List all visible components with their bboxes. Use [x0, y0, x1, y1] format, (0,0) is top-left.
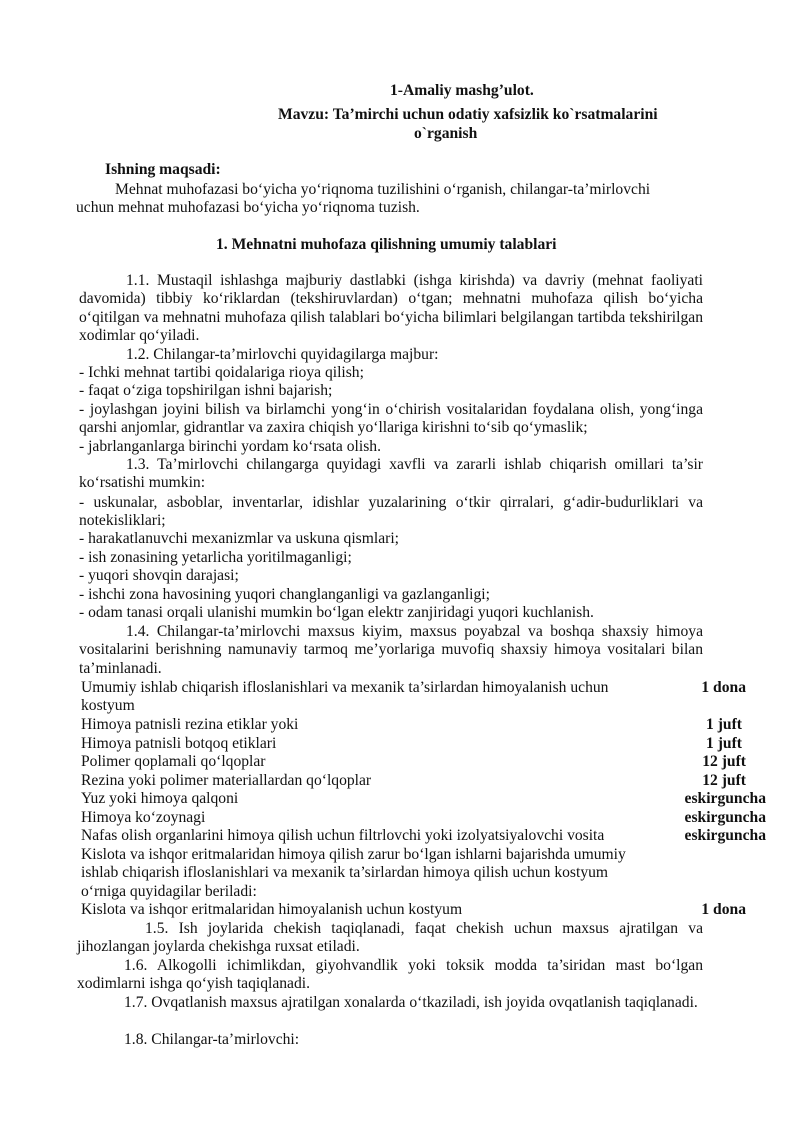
hazard-item: - ishchi zona havosining yuqori changlan… — [79, 586, 490, 604]
ppe-name: Himoya patnisli botqoq etiklari — [81, 735, 661, 753]
ppe-qty: 12 juft — [702, 772, 746, 790]
paragraph-1-8: 1.8. Chilangar-ta’mirlovchi: — [124, 1031, 299, 1049]
ppe-qty: eskirguncha — [685, 790, 766, 808]
hazard-item: - uskunalar, asboblar, inventarlar, idis… — [79, 494, 703, 531]
goal-text-line1: Mehnat muhofazasi bo‘yicha yo‘riqnoma tu… — [115, 181, 650, 199]
topic-title-line1: Mavzu: Ta’mirchi uchun odatiy xafsizlik … — [278, 106, 658, 124]
section-title: 1. Mehnatni muhofaza qilishning umumiy t… — [216, 236, 557, 254]
ppe-name: Nafas olish organlarini himoya qilish uc… — [81, 827, 661, 845]
ppe-qty: eskirguncha — [685, 809, 766, 827]
duty-item: - faqat o‘ziga topshirilgan ishni bajari… — [79, 382, 332, 400]
paragraph-1-4: 1.4. Chilangar-ta’mirlovchi maxsus kiyim… — [79, 623, 703, 678]
topic-title-line2: o`rganish — [414, 125, 477, 143]
ppe-name: Himoya patnisli rezina etiklar yoki — [81, 716, 661, 734]
acid-note: Kislota va ishqor eritmalaridan himoya q… — [81, 846, 651, 901]
ppe-qty: 12 juft — [702, 753, 746, 771]
paragraph-1-2: 1.2. Chilangar-ta’mirlovchi quyidagilarg… — [79, 346, 703, 364]
ppe-qty: 1 juft — [706, 735, 742, 753]
ppe-name: Kislota va ishqor eritmalaridan himoyala… — [81, 901, 661, 919]
paragraph-1-6: 1.6. Alkogolli ichimlikdan, giyohvandlik… — [77, 957, 703, 994]
hazard-item: - yuqori shovqin darajasi; — [79, 567, 239, 585]
ppe-qty: 1 juft — [706, 716, 742, 734]
duty-item: - joylashgan joyini bilish va birlamchi … — [79, 401, 703, 438]
ppe-name: Polimer qoplamali qo‘lqoplar — [81, 753, 661, 771]
lesson-title: 1-Amaliy mashg’ulot. — [390, 82, 534, 100]
goal-text-line2: uchun mehnat muhofazasi bo‘yicha yo‘riqn… — [76, 199, 420, 217]
paragraph-1-5: 1.5. Ish joylarida chekish taqiqlanadi, … — [77, 920, 703, 957]
hazard-item: - harakatlanuvchi mexanizmlar va uskuna … — [79, 530, 399, 548]
goal-heading: Ishning maqsadi: — [105, 161, 221, 179]
ppe-qty: eskirguncha — [685, 827, 766, 845]
ppe-name: Rezina yoki polimer materiallardan qo‘lq… — [81, 772, 661, 790]
ppe-name: Umumiy ishlab chiqarish ifloslanishlari … — [81, 679, 641, 716]
ppe-name: Yuz yoki himoya qalqoni — [81, 790, 661, 808]
hazard-item: - ish zonasining yetarlicha yoritilmagan… — [79, 549, 352, 567]
duty-item: - Ichki mehnat tartibi qoidalariga rioya… — [79, 364, 364, 382]
paragraph-1-3: 1.3. Ta’mirlovchi chilangarga quyidagi x… — [79, 456, 703, 493]
ppe-name: Himoya ko‘zoynagi — [81, 809, 661, 827]
duty-item: - jabrlanganlarga birinchi yordam ko‘rsa… — [79, 438, 381, 456]
ppe-qty: 1 dona — [701, 901, 746, 919]
ppe-qty: 1 dona — [701, 679, 746, 697]
paragraph-1-1: 1.1. Mustaqil ishlashga majburiy dastlab… — [79, 272, 703, 346]
hazard-item: - odam tanasi orqali ulanishi mumkin bo‘… — [79, 604, 594, 622]
paragraph-1-7: 1.7. Ovqatlanish maxsus ajratilgan xonal… — [77, 994, 703, 1012]
